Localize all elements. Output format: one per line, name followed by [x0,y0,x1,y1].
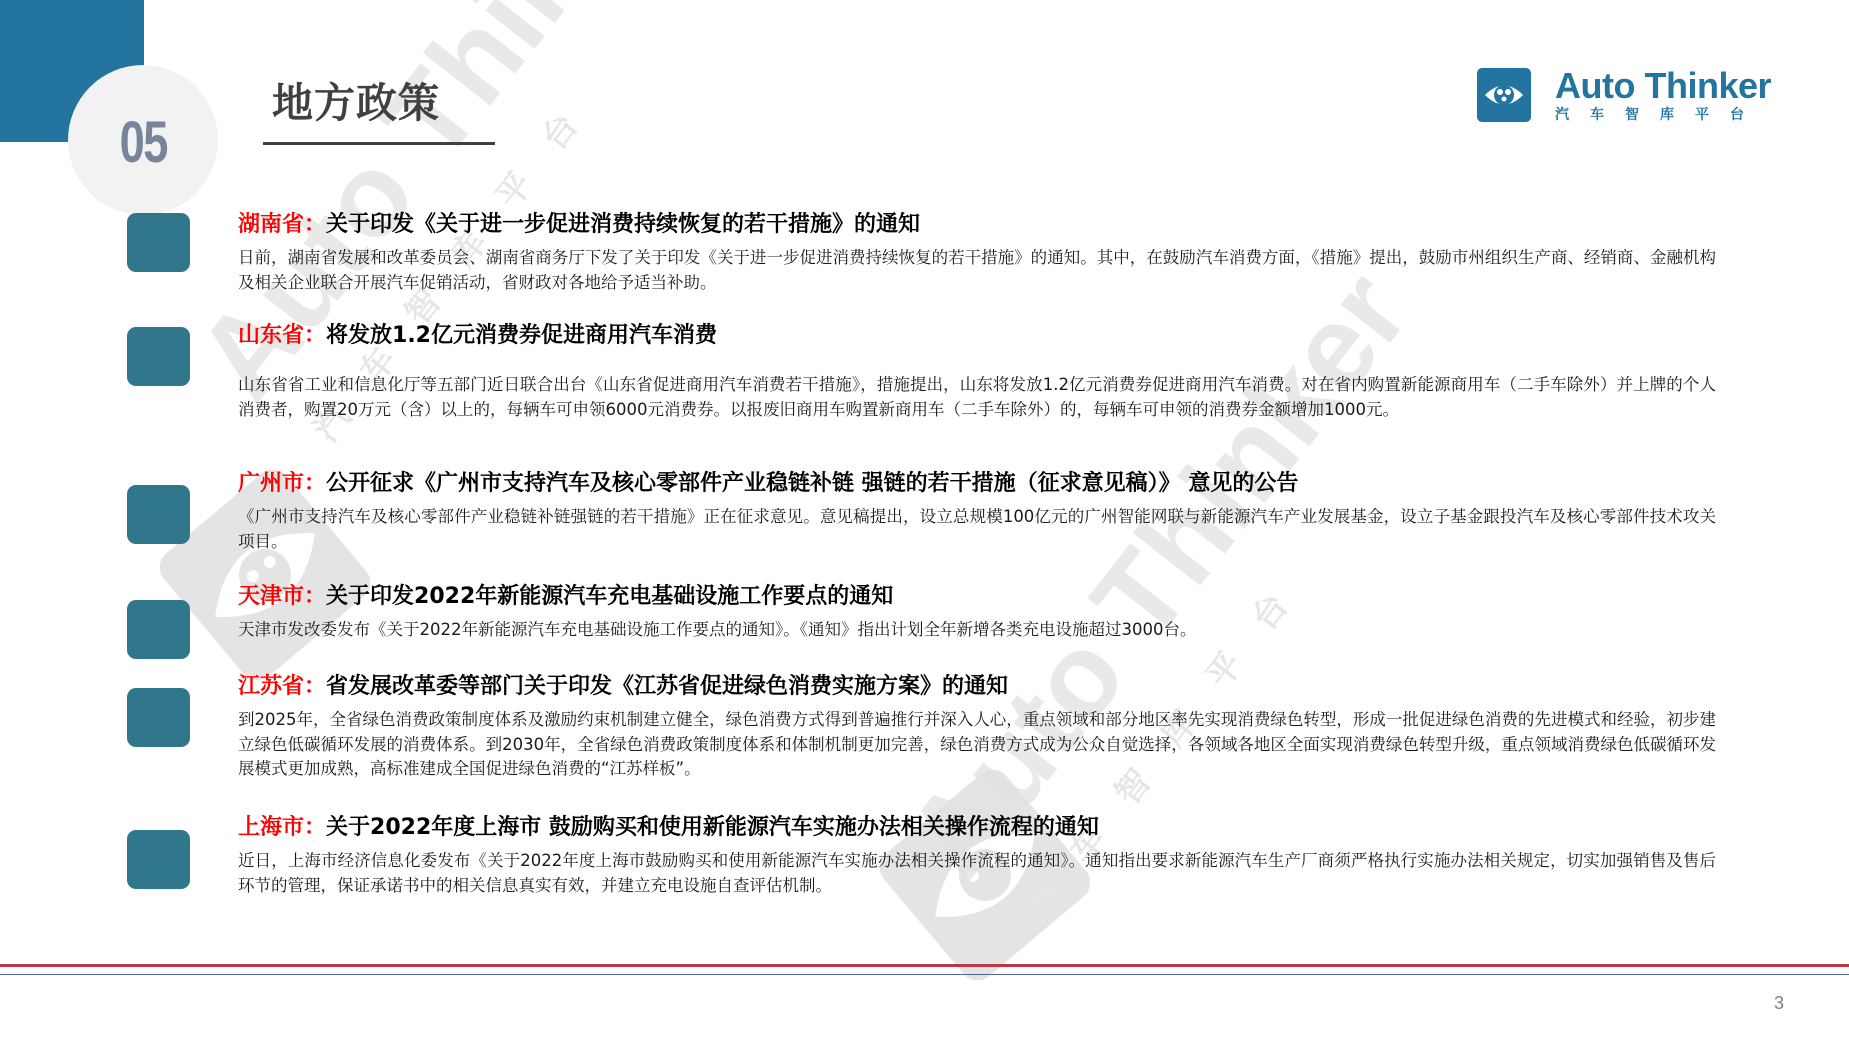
policy-headline: 广州市：公开征求《广州市支持汽车及核心零部件产业稳链补链 强链的若干措施（征求意… [238,469,1716,499]
footer-rule-red [0,964,1849,967]
section-number-badge: 05 [68,65,218,215]
section-marker [127,327,190,386]
policy-body: 山东省省工业和信息化厅等五部门近日联合出台《山东省促进商用汽车消费若干措施》，措… [238,373,1716,422]
policy-title: 关于2022年度上海市 鼓励购买和使用新能源汽车实施办法相关操作流程的通知 [326,815,1099,840]
policy-body: 日前，湖南省发展和改革委员会、湖南省商务厅下发了关于印发《关于进一步促进消费持续… [238,246,1716,295]
policy-item-jiangsu: 江苏省：省发展改革委等部门关于印发《江苏省促进绿色消费实施方案》的通知 到202… [238,672,1716,782]
policy-item-shanghai: 上海市：关于2022年度上海市 鼓励购买和使用新能源汽车实施办法相关操作流程的通… [238,813,1716,898]
policy-title: 公开征求《广州市支持汽车及核心零部件产业稳链补链 强链的若干措施（征求意见稿）》… [326,471,1298,496]
policy-region: 广州市： [238,471,326,496]
logo-subtitle: 汽车智库平台 [1555,107,1771,123]
policy-headline: 山东省：将发放1.2亿元消费券促进商用汽车消费 [238,321,1716,351]
policy-title: 将发放1.2亿元消费券促进商用汽车消费 [326,323,717,348]
policy-body: 《广州市支持汽车及核心零部件产业稳链补链强链的若干措施》正在征求意见。意见稿提出… [238,505,1716,554]
policy-region: 江苏省： [238,674,326,699]
policy-title: 省发展改革委等部门关于印发《江苏省促进绿色消费实施方案》的通知 [326,674,1008,699]
policy-region: 上海市： [238,815,326,840]
section-marker [127,485,190,544]
section-marker [127,600,190,659]
section-marker [127,830,190,889]
policy-body: 到2025年，全省绿色消费政策制度体系及激励约束机制建立健全，绿色消费方式得到普… [238,708,1716,782]
policy-region: 山东省： [238,323,326,348]
policy-item-hunan: 湖南省：关于印发《关于进一步促进消费持续恢复的若干措施》的通知 日前，湖南省发展… [238,210,1716,295]
policy-item-shandong: 山东省：将发放1.2亿元消费券促进商用汽车消费 山东省省工业和信息化厅等五部门近… [238,321,1716,422]
policy-body: 天津市发改委发布《关于2022年新能源汽车充电基础设施工作要点的通知》。《通知》… [238,618,1716,643]
page-title: 地方政策 [272,78,440,128]
section-marker [127,213,190,272]
policy-headline: 上海市：关于2022年度上海市 鼓励购买和使用新能源汽车实施办法相关操作流程的通… [238,813,1716,843]
policy-item-guangzhou: 广州市：公开征求《广州市支持汽车及核心零部件产业稳链补链 强链的若干措施（征求意… [238,469,1716,554]
policy-body: 近日，上海市经济信息化委发布《关于2022年度上海市鼓励购买和使用新能源汽车实施… [238,849,1716,898]
policy-item-tianjin: 天津市：关于印发2022年新能源汽车充电基础设施工作要点的通知 天津市发改委发布… [238,582,1716,643]
policy-title: 关于印发《关于进一步促进消费持续恢复的若干措施》的通知 [326,212,920,237]
logo-name: Auto Thinker [1555,68,1771,104]
page-number: 3 [1774,993,1784,1014]
footer-rule-blue [0,974,1849,975]
policy-headline: 天津市：关于印发2022年新能源汽车充电基础设施工作要点的通知 [238,582,1716,612]
policy-headline: 湖南省：关于印发《关于进一步促进消费持续恢复的若干措施》的通知 [238,210,1716,240]
policy-region: 天津市： [238,584,326,609]
title-underline [263,142,495,145]
eye-icon [1477,68,1531,122]
policy-headline: 江苏省：省发展改革委等部门关于印发《江苏省促进绿色消费实施方案》的通知 [238,672,1716,702]
brand-logo: Auto Thinker 汽车智库平台 [1477,68,1771,123]
policy-region: 湖南省： [238,212,326,237]
section-marker [127,688,190,747]
policy-title: 关于印发2022年新能源汽车充电基础设施工作要点的通知 [326,584,893,609]
section-number: 05 [119,109,166,176]
